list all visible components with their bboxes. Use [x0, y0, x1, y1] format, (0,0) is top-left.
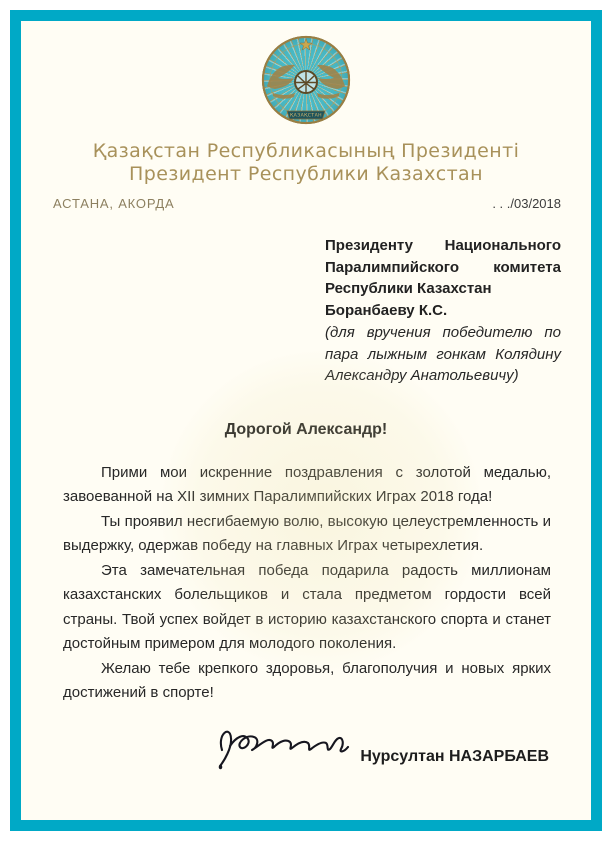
addressee-line: Республики Казахстан — [325, 278, 561, 300]
handwritten-signature — [209, 714, 357, 770]
addressee-line: Боранбаеву К.С. — [325, 300, 561, 322]
signer-name: Нурсултан НАЗАРБАЕВ — [360, 748, 549, 770]
letterhead-title-russian: Президент Республики Казахстан — [21, 163, 591, 186]
addressee-line: Паралимпийского комитета — [325, 257, 561, 279]
letter-paragraph: Желаю тебе крепкого здоровья, благополуч… — [63, 657, 551, 706]
addressee-note-line: Александру Анатольевичу) — [325, 365, 561, 387]
letter-content: ҚАЗАҚСТАН Қазақстан Республикасының През… — [21, 21, 591, 820]
meta-row: АСТАНА, АКОРДА . . ./03/2018 — [53, 196, 561, 211]
letter-paragraph: Эта замечательная победа подарила радост… — [63, 559, 551, 657]
letterhead-title-kazakh: Қазақстан Республикасының Президенті — [21, 140, 591, 163]
addressee-note-line: пара лыжным гонкам Колядину — [325, 344, 561, 366]
letter-body: Прими мои искренние поздравления с золот… — [63, 461, 551, 706]
signature-row: Нурсултан НАЗАРБАЕВ — [209, 714, 549, 770]
emblem-detail: ҚАЗАҚСТАН — [261, 35, 351, 125]
place-label: АСТАНА, АКОРДА — [53, 196, 175, 211]
date-label: . . ./03/2018 — [492, 196, 561, 211]
addressee-note: (для вручения победителю по пара лыжным … — [325, 322, 561, 387]
addressee-note-line: (для вручения победителю по — [325, 322, 561, 344]
emblem-banner-text: ҚАЗАҚСТАН — [290, 113, 322, 119]
letter-page: ҚАЗАҚСТАН Қазақстан Республикасының През… — [0, 0, 612, 841]
salutation: Дорогой Александр! — [21, 421, 591, 439]
addressee-line: Президенту Национального — [325, 235, 561, 257]
addressee-block: Президенту Национального Паралимпийского… — [325, 235, 561, 321]
letterhead: Қазақстан Республикасының Президенті Пре… — [21, 140, 591, 186]
letter-paragraph: Ты проявил несгибаемую волю, высокую цел… — [63, 510, 551, 559]
kazakhstan-emblem-icon: ҚАЗАҚСТАН — [261, 35, 351, 125]
letter-paragraph: Прими мои искренние поздравления с золот… — [63, 461, 551, 510]
